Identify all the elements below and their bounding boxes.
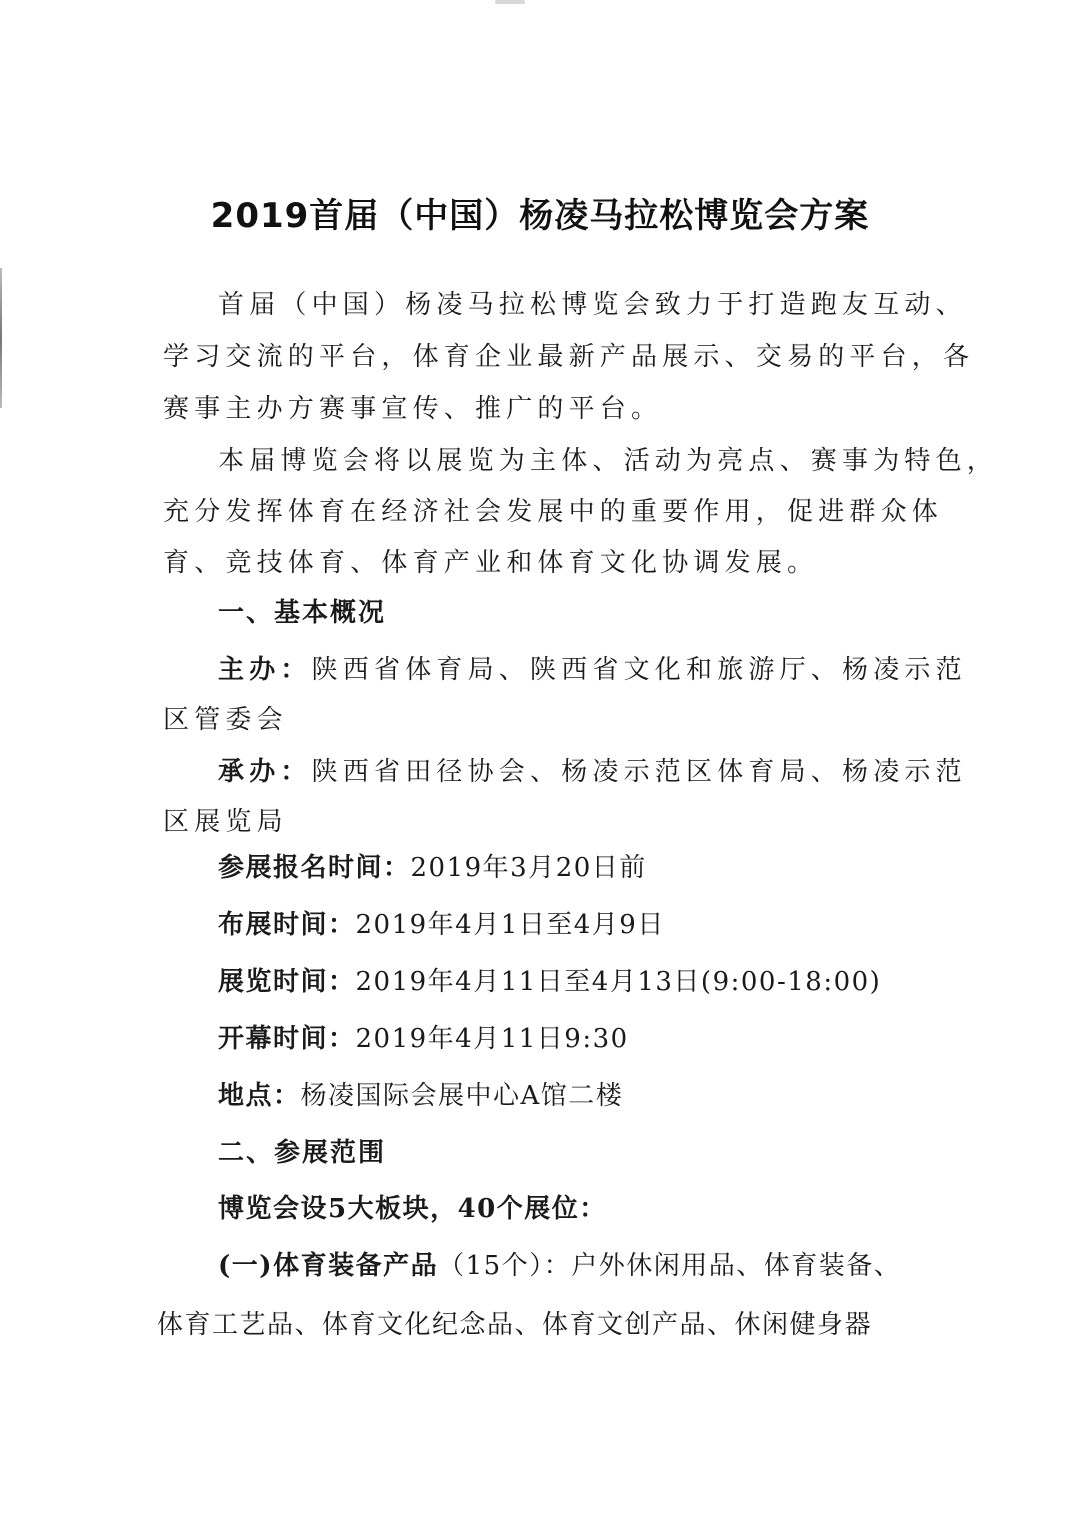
- exhibition-value: 2019年4月11日至4月13日(9:00-18:00): [356, 967, 882, 997]
- venue-label: 地点：: [218, 1081, 301, 1111]
- organizer-value-line-2: 区展览局: [163, 807, 923, 837]
- opening-label: 开幕时间：: [218, 1024, 356, 1054]
- document-page: 2019首届（中国）杨凌马拉松博览会方案 首届（中国）杨凌马拉松博览会致力于打造…: [0, 0, 1080, 1531]
- setup-label: 布展时间：: [218, 910, 356, 940]
- intro-p2-line-1: 本届博览会将以展览为主体、活动为亮点、赛事为特色，: [218, 446, 978, 476]
- intro-p1-line-2: 学习交流的平台，体育企业最新产品展示、交易的平台，各: [163, 342, 923, 372]
- setup-row: 布展时间：2019年4月1日至4月9日: [218, 910, 978, 940]
- venue-value: 杨凌国际会展中心A馆二楼: [301, 1081, 624, 1111]
- organizer-label: 承办：: [218, 757, 312, 787]
- section-1-heading: 一、基本概况: [218, 598, 978, 628]
- host-row: 主办：陕西省体育局、陕西省文化和旅游厅、杨凌示范: [218, 655, 978, 685]
- category-1-value: ：户外休闲用品、体育装备、: [544, 1251, 902, 1281]
- document-title: 2019首届（中国）杨凌马拉松博览会方案: [0, 188, 1080, 237]
- organizer-value: 陕西省田径协会、杨凌示范区体育局、杨凌示范: [312, 757, 967, 787]
- intro-p2-line-3: 育、竞技体育、体育产业和体育文化协调发展。: [163, 548, 923, 578]
- host-value: 陕西省体育局、陕西省文化和旅游厅、杨凌示范: [312, 655, 967, 685]
- registration-row: 参展报名时间：2019年3月20日前: [218, 853, 978, 883]
- host-value-line-2: 区管委会: [163, 705, 923, 735]
- intro-p1-line-3: 赛事主办方赛事宣传、推广的平台。: [163, 394, 923, 424]
- venue-row: 地点：杨凌国际会展中心A馆二楼: [218, 1081, 978, 1111]
- setup-value: 2019年4月1日至4月9日: [356, 910, 665, 940]
- registration-label: 参展报名时间：: [218, 853, 411, 883]
- exhibition-label: 展览时间：: [218, 967, 356, 997]
- category-1-value-line-2: 体育工艺品、体育文化纪念品、体育文创产品、休闲健身器: [157, 1310, 917, 1340]
- exhibition-row: 展览时间：2019年4月11日至4月13日(9:00-18:00): [218, 967, 978, 997]
- intro-p1-line-1: 首届（中国）杨凌马拉松博览会致力于打造跑友互动、: [218, 290, 978, 320]
- intro-p2-line-2: 充分发挥体育在经济社会发展中的重要作用，促进群众体: [163, 497, 923, 527]
- category-1-label: (一)体育装备产品: [218, 1251, 438, 1281]
- section-2-summary: 博览会设5大板块，40个展位：: [218, 1194, 978, 1224]
- opening-row: 开幕时间：2019年4月11日9:30: [218, 1024, 978, 1054]
- category-1-count: （15个）: [438, 1251, 544, 1281]
- opening-value: 2019年4月11日9:30: [356, 1024, 629, 1054]
- organizer-row: 承办：陕西省田径协会、杨凌示范区体育局、杨凌示范: [218, 757, 978, 787]
- section-2-heading: 二、参展范围: [218, 1138, 978, 1168]
- registration-value: 2019年3月20日前: [411, 853, 647, 883]
- host-label: 主办：: [218, 655, 312, 685]
- category-1-row: (一)体育装备产品（15个）：户外休闲用品、体育装备、: [218, 1251, 978, 1281]
